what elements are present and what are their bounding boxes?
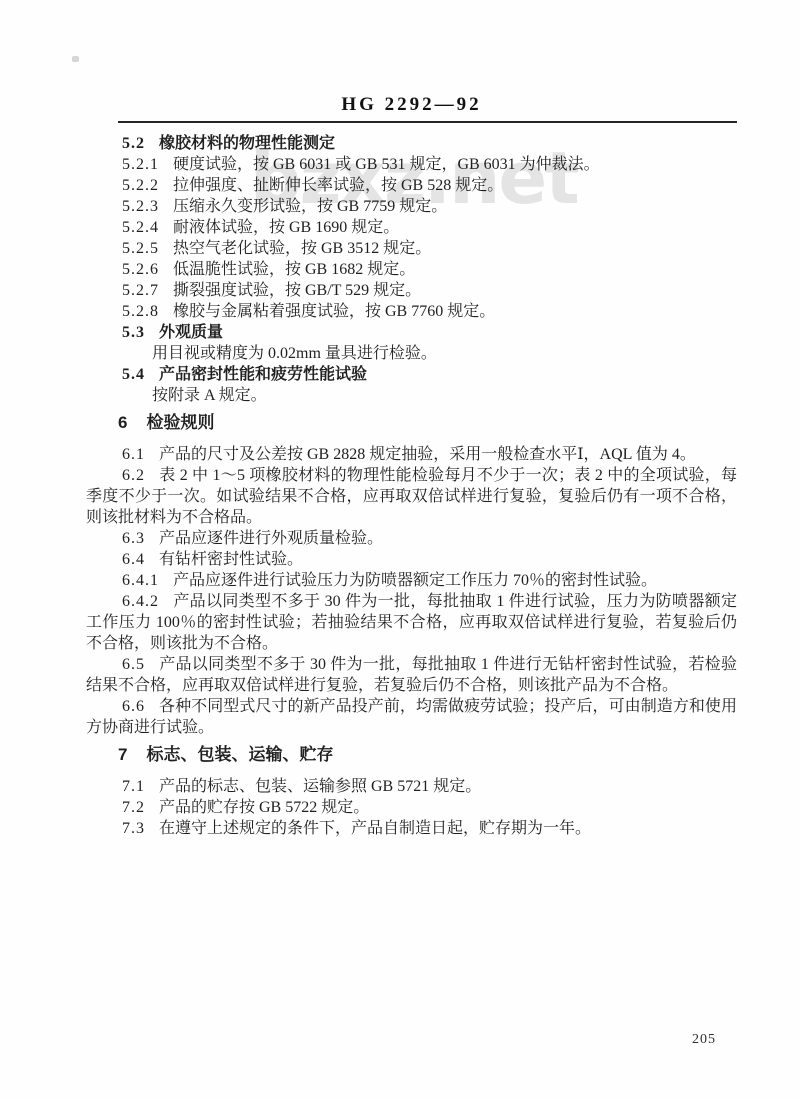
clause-row: 5.2.4耐液体试验，按 GB 1690 规定。	[86, 217, 737, 238]
clause-number: 7	[118, 744, 128, 766]
clause-number: 5.3	[122, 322, 145, 343]
clause-text: 低温脆性试验，按 GB 1682 规定。	[173, 261, 415, 278]
page-number: 205	[679, 1032, 729, 1048]
clause-text: 外观质量	[159, 324, 223, 341]
clause-text: 有钻杆密封性试验。	[159, 551, 303, 568]
clause-title-row: 5.4产品密封性能和疲劳性能试验	[86, 364, 737, 385]
clause-row: 6.3产品应逐件进行外观质量检验。	[86, 528, 737, 549]
clause-row: 7.3在遵守上述规定的条件下，产品自制造日起，贮存期为一年。	[86, 818, 737, 839]
clause-text: 橡胶与金属粘着强度试验，按 GB 7760 规定。	[173, 303, 495, 320]
clause-number: 5.4	[122, 364, 145, 385]
clause-number: 7.3	[122, 818, 145, 839]
clause-text: 表 2 中 1～5 项橡胶材料的物理性能检验每月不少于一次；表 2 中的全项试验…	[86, 467, 737, 526]
clause-number: 5.2.6	[122, 259, 159, 280]
clause-text: 产品的贮存按 GB 5722 规定。	[159, 799, 369, 816]
clause-text: 按附录 A 规定。	[152, 387, 267, 404]
clause-number: 5.2.8	[122, 301, 159, 322]
clause-row: 6.1产品的尺寸及公差按 GB 2828 规定抽验，采用一般检查水平Ⅰ，AQL …	[86, 444, 737, 465]
clause-text: 产品应逐件进行试验压力为防喷器额定工作压力 70％的密封性试验。	[173, 572, 657, 589]
clause-text: 在遵守上述规定的条件下，产品自制造日起，贮存期为一年。	[159, 820, 591, 837]
clause-number: 5.2.1	[122, 154, 159, 175]
clause-text: 撕裂强度试验，按 GB/T 529 规定。	[173, 282, 421, 299]
clause-row: 6.2表 2 中 1～5 项橡胶材料的物理性能检验每月不少于一次；表 2 中的全…	[86, 465, 737, 528]
clause-row: 7.2产品的贮存按 GB 5722 规定。	[86, 797, 737, 818]
standard-code-header: HG 2292—92	[86, 94, 737, 116]
clause-number: 7.1	[122, 776, 145, 797]
scanned-standard-page: bzxz.net HG 2292—92 5.2橡胶材料的物理性能测定5.2.1硬…	[0, 0, 800, 1099]
clause-row: 7.1产品的标志、包装、运输参照 GB 5721 规定。	[86, 776, 737, 797]
clause-row: 5.2.1硬度试验，按 GB 6031 或 GB 531 规定，GB 6031 …	[86, 154, 737, 175]
clause-text: 硬度试验，按 GB 6031 或 GB 531 规定，GB 6031 为仲裁法。	[173, 156, 600, 173]
clause-row: 5.2.7撕裂强度试验，按 GB/T 529 规定。	[86, 280, 737, 301]
clause-text: 标志、包装、运输、贮存	[146, 745, 333, 764]
clause-row: 6.5产品以同类型不多于 30 件为一批，每批抽取 1 件进行无钻杆密封性试验，…	[86, 654, 737, 696]
chapter-heading: 6检验规则	[86, 412, 737, 434]
clause-text: 热空气老化试验，按 GB 3512 规定。	[173, 240, 431, 257]
clause-text: 耐液体试验，按 GB 1690 规定。	[173, 219, 399, 236]
clause-number: 6.2	[122, 465, 145, 486]
clause-title-row: 5.2橡胶材料的物理性能测定	[86, 133, 737, 154]
clause-row: 6.4.1产品应逐件进行试验压力为防喷器额定工作压力 70％的密封性试验。	[86, 570, 737, 591]
clause-text: 压缩永久变形试验，按 GB 7759 规定。	[173, 198, 447, 215]
continuation-line: 按附录 A 规定。	[86, 385, 737, 406]
clause-row: 5.2.5热空气老化试验，按 GB 3512 规定。	[86, 238, 737, 259]
clause-number: 5.2.3	[122, 196, 159, 217]
clause-number: 5.2.2	[122, 175, 159, 196]
clause-number: 6.4.2	[122, 591, 159, 612]
clause-text: 各种不同型式尺寸的新产品投产前，均需做疲劳试验；投产后，可由制造方和使用方协商进…	[86, 698, 737, 736]
clause-title-row: 5.3外观质量	[86, 322, 737, 343]
clause-number: 5.2.4	[122, 217, 159, 238]
clause-row: 5.2.2拉伸强度、扯断伸长率试验，按 GB 528 规定。	[86, 175, 737, 196]
clause-text: 产品密封性能和疲劳性能试验	[159, 366, 367, 383]
clause-number: 6.5	[122, 654, 145, 675]
clause-text: 产品应逐件进行外观质量检验。	[159, 530, 383, 547]
clause-row: 5.2.6低温脆性试验，按 GB 1682 规定。	[86, 259, 737, 280]
clause-number: 5.2.5	[122, 238, 159, 259]
scan-speck-artifact	[72, 56, 79, 62]
clause-number: 6.4.1	[122, 570, 159, 591]
clause-row: 5.2.3压缩永久变形试验，按 GB 7759 规定。	[86, 196, 737, 217]
clause-text: 用目视或精度为 0.02mm 量具进行检验。	[152, 345, 437, 362]
clause-row: 6.4.2产品以同类型不多于 30 件为一批，每批抽取 1 件进行试验，压力为防…	[86, 591, 737, 654]
clause-text: 检验规则	[146, 413, 214, 432]
header-rule	[118, 121, 737, 123]
clause-text: 产品以同类型不多于 30 件为一批，每批抽取 1 件进行无钻杆密封性试验，若检验…	[86, 656, 737, 694]
chapter-heading: 7标志、包装、运输、贮存	[86, 744, 737, 766]
clause-text: 产品的标志、包装、运输参照 GB 5721 规定。	[159, 778, 481, 795]
clause-text: 产品以同类型不多于 30 件为一批，每批抽取 1 件进行试验，压力为防喷器额定工…	[86, 593, 737, 652]
clause-text: 橡胶材料的物理性能测定	[159, 135, 335, 152]
clause-text: 拉伸强度、扯断伸长率试验，按 GB 528 规定。	[173, 177, 503, 194]
clause-number: 7.2	[122, 797, 145, 818]
clause-number: 5.2	[122, 133, 145, 154]
clause-row: 6.6各种不同型式尺寸的新产品投产前，均需做疲劳试验；投产后，可由制造方和使用方…	[86, 696, 737, 738]
clause-number: 5.2.7	[122, 280, 159, 301]
document-body: 5.2橡胶材料的物理性能测定5.2.1硬度试验，按 GB 6031 或 GB 5…	[86, 133, 737, 839]
clause-number: 6.1	[122, 444, 145, 465]
clause-text: 产品的尺寸及公差按 GB 2828 规定抽验，采用一般检查水平Ⅰ，AQL 值为 …	[159, 446, 696, 463]
clause-row: 5.2.8橡胶与金属粘着强度试验，按 GB 7760 规定。	[86, 301, 737, 322]
continuation-line: 用目视或精度为 0.02mm 量具进行检验。	[86, 343, 737, 364]
clause-number: 6	[118, 412, 128, 434]
clause-row: 6.4有钻杆密封性试验。	[86, 549, 737, 570]
clause-number: 6.6	[122, 696, 145, 717]
clause-number: 6.3	[122, 528, 145, 549]
clause-number: 6.4	[122, 549, 145, 570]
